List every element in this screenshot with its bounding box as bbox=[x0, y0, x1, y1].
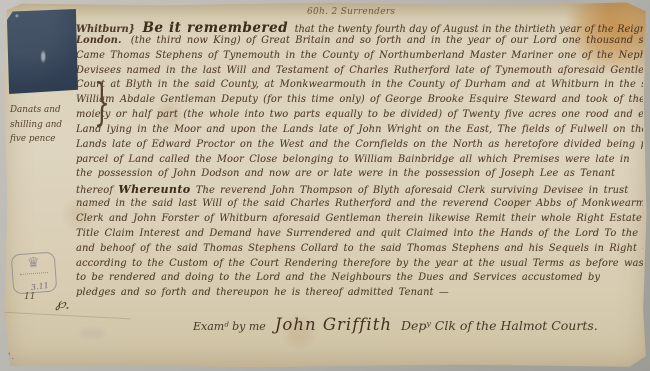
signature-title: Depʸ Clk of the Halmot Courts. bbox=[401, 318, 598, 333]
manuscript-line: Lands late of Edward Proctor on the West… bbox=[76, 139, 643, 154]
manuscript-line: to be rendered and doing to the Lord and… bbox=[76, 272, 643, 287]
signature-examined-label: Examᵈ by me bbox=[193, 320, 266, 333]
photo-frame: 60h. 2 Surrenders Whitburn} Be it rememb… bbox=[0, 0, 650, 371]
manuscript-line: Whitburn} Be it remembered that the twen… bbox=[76, 20, 643, 35]
corner-number: 1. bbox=[6, 352, 14, 362]
manuscript-line: William Abdale Gentleman Deputy (for thi… bbox=[76, 94, 643, 109]
manuscript-line: named in the said last Will of the said … bbox=[76, 198, 643, 213]
manuscript-line: thereof Whereunto The reverend John Thom… bbox=[76, 183, 643, 198]
margin-note-line: Danats and bbox=[10, 103, 105, 118]
manuscript-line: Court at Blyth in the said County, at Mo… bbox=[76, 79, 643, 94]
margin-note-bracket: } bbox=[94, 95, 110, 110]
manuscript-line: according to the Custom of the Court Ren… bbox=[76, 258, 643, 273]
paper-crease bbox=[1, 312, 131, 320]
manuscript-paper: 60h. 2 Surrenders Whitburn} Be it rememb… bbox=[1, 1, 649, 369]
manuscript-line: pledges and so forth and thereupon he is… bbox=[76, 287, 643, 302]
blue-duty-stamp-patch bbox=[7, 9, 78, 94]
stamp-number: 11 bbox=[24, 292, 35, 302]
township-label-2: London. bbox=[76, 35, 122, 46]
line-text: thereof bbox=[76, 185, 118, 196]
signature-name: John Griffith bbox=[275, 315, 392, 334]
manuscript-line: Devisees named in the last Will and Test… bbox=[76, 65, 643, 80]
engrossed-word: Whereunto bbox=[118, 183, 190, 196]
header-annotation: 60h. 2 Surrenders bbox=[307, 7, 395, 17]
manuscript-line: London. (the third now King) of Great Br… bbox=[76, 35, 643, 50]
manuscript-line: Title Claim Interest and Demand have Sur… bbox=[76, 228, 643, 243]
manuscript-line: parcel of Land called the Moor Close bel… bbox=[76, 154, 643, 169]
margin-fee-note: Danats and shilling and five pence } bbox=[10, 103, 105, 147]
manuscript-text-block: Whitburn} Be it remembered that the twen… bbox=[76, 20, 643, 306]
manuscript-line: Came Thomas Stephens of Tynemouth in the… bbox=[76, 50, 643, 65]
clerk-signature-line: Examᵈ by me John Griffith Depʸ Clk of th… bbox=[193, 315, 598, 334]
line-text: The reverend John Thompson of Blyth afor… bbox=[196, 185, 628, 196]
crown-icon: ♛ bbox=[12, 253, 55, 274]
margin-note-line: five pence bbox=[10, 132, 105, 147]
manuscript-line: moiety or half part (the whole into two … bbox=[76, 109, 643, 124]
manuscript-line: the possession of John Dodson and now ar… bbox=[76, 168, 643, 183]
paraph-mark: ℘. bbox=[55, 295, 71, 313]
manuscript-line: and behoof of the said Thomas Stephens C… bbox=[76, 243, 643, 258]
engrossed-opening: Be it remembered bbox=[142, 20, 288, 36]
margin-note-line: shilling and bbox=[10, 118, 105, 133]
ink-smudge bbox=[79, 329, 105, 337]
manuscript-line: Land lying in the Moor and upon the Land… bbox=[76, 124, 643, 139]
manuscript-line: Clerk and John Forster of Whitburn afore… bbox=[76, 213, 643, 228]
line-text: that the twenty fourth day of August in … bbox=[295, 24, 643, 35]
township-label: Whitburn} bbox=[76, 24, 135, 35]
line-text: (the third now King) of Great Britain an… bbox=[131, 35, 643, 46]
